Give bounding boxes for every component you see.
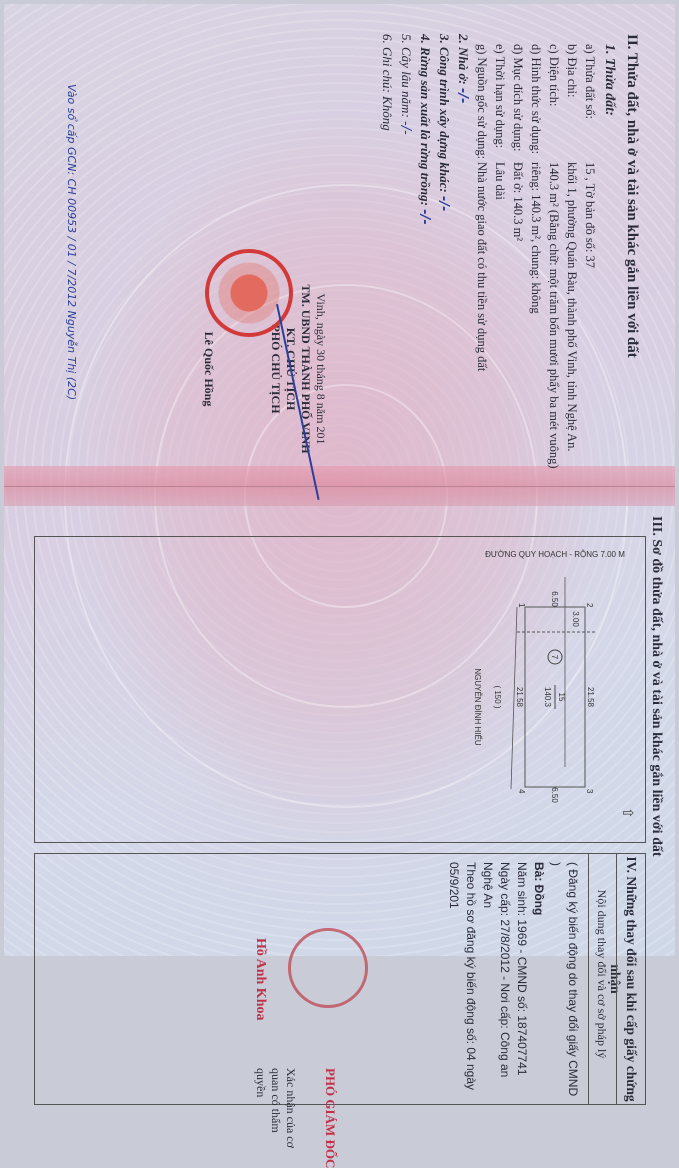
land-row: a) Thửa đất số:15 , Tờ bản đồ số: 37 — [582, 44, 597, 459]
registry-note: Vào sổ cấp GCN: CH 00953 / 01 / 7/2012 N… — [65, 84, 78, 400]
svg-text:1: 1 — [517, 603, 526, 608]
perennial-item: 5. Cây lâu năm: -/- — [398, 34, 414, 459]
forest-item: 4. Rừng sản xuất là rừng trồng: -/- — [417, 34, 433, 459]
section-iv-title: IV. Những thay đổi sau khi cấp giấy chứn… — [607, 854, 639, 960]
svg-text:4: 4 — [517, 789, 526, 794]
svg-text:3.00: 3.00 — [571, 611, 580, 627]
land-row: c) Diện tích:140.3 m² (Bằng chữ: một tră… — [546, 44, 561, 459]
svg-text:140.3: 140.3 — [543, 687, 552, 708]
place-date: Vinh, ngày 30 tháng 8 năm 201 — [313, 254, 328, 484]
svg-text:21.58: 21.58 — [586, 687, 595, 708]
house-item: 2. Nhà ở: -/- — [455, 34, 471, 459]
land-heading: 1. Thửa đất: — [601, 44, 617, 459]
svg-text:7: 7 — [550, 655, 559, 660]
land-row: b) Địa chỉ:khối 1, phường Quán Bàu, thàn… — [564, 44, 579, 459]
svg-text:6.50: 6.50 — [550, 591, 559, 607]
svg-text:( 150 ): ( 150 ) — [493, 685, 502, 708]
svg-text:15: 15 — [557, 693, 566, 702]
parcel-diagram: 7 15 140.3 21.58 21.58 6.50 6.50 3.00 ( … — [315, 537, 645, 842]
land-row: d) Hình thức sử dụng:riêng: 140.3 m², ch… — [528, 44, 543, 459]
svg-text:3: 3 — [585, 789, 594, 794]
content-column-header: Nội dung thay đổi và cơ sở pháp lý — [594, 874, 609, 960]
svg-text:ĐƯỜNG QUY HOẠCH - RỘNG 7.00 M: ĐƯỜNG QUY HOẠCH - RỘNG 7.00 M — [485, 550, 625, 559]
other-construction-item: 3. Công trình xây dựng khác: -/- — [436, 34, 452, 459]
land-row: đ) Mục đích sử dụng:Đất ở: 140.3 m² — [510, 44, 525, 459]
north-arrow-icon: ⇧ — [618, 807, 635, 819]
svg-text:6.50: 6.50 — [550, 787, 559, 803]
section-iii-title: III. Sơ đồ thửa đất, nhà ở và tài sản kh… — [648, 516, 664, 857]
land-row: g) Nguồn gốc sử dụng:Nhà nước giao đất c… — [474, 44, 489, 459]
land-row: e) Thời hạn sử dụng:Lâu dài — [492, 44, 507, 459]
section-ii-panel: II. Thửa đất, nhà ở và tài sản khác gắn … — [28, 4, 668, 459]
svg-text:2: 2 — [585, 603, 594, 608]
svg-text:NGUYỄN ĐÌNH HIẾU: NGUYỄN ĐÌNH HIẾU — [473, 668, 483, 746]
section-iii-iv-panel: III. Sơ đồ thửa đất, nhà ở và tài sản kh… — [28, 508, 668, 956]
parcel-diagram-frame: 7 15 140.3 21.58 21.58 6.50 6.50 3.00 ( … — [34, 536, 646, 843]
fold-crease — [4, 486, 675, 487]
section-ii-title: II. Thửa đất, nhà ở và tài sản khác gắn … — [623, 34, 640, 459]
confirm-name: Hồ Anh Khoa — [252, 938, 268, 960]
issuing-org: TM. UBND THÀNH PHỐ VINH — [298, 254, 313, 484]
svg-text:21.58: 21.58 — [515, 687, 524, 708]
note-item: 6. Ghi chú: Không — [379, 34, 395, 459]
change-content: ( Đăng ký biến động do thay đổi giấy CMN… — [445, 862, 581, 960]
